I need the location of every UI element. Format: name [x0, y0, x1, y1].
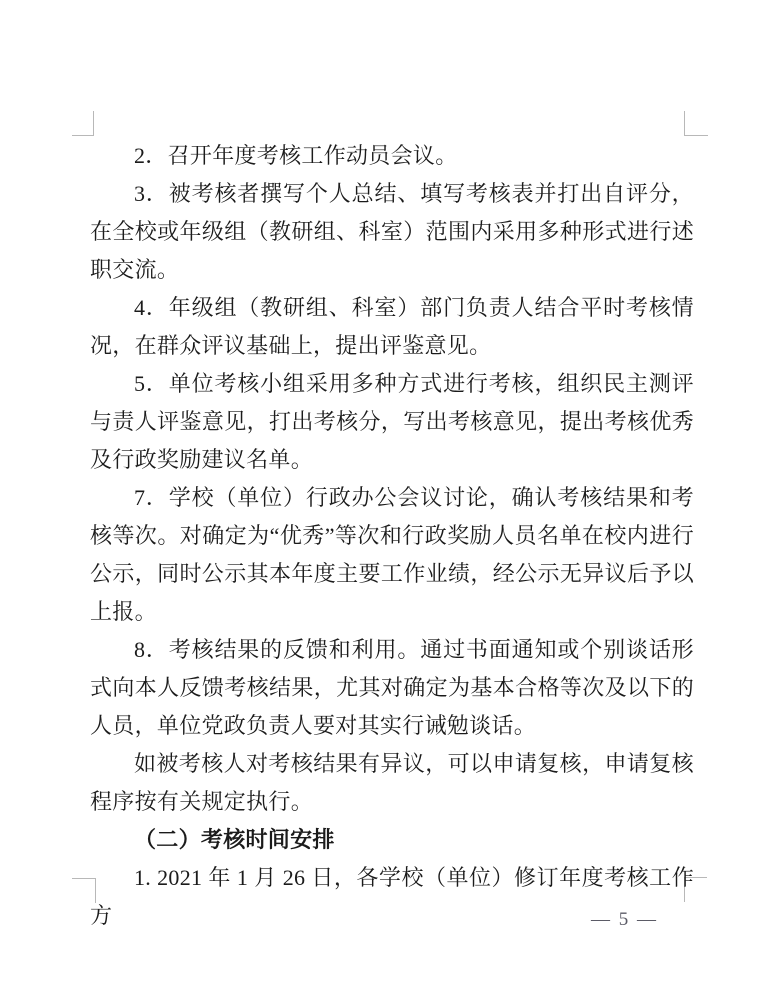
paragraph: 如被考核人对考核结果有异议，可以申请复核，申请复核程序按有关规定执行。 — [90, 745, 694, 821]
section-heading: （二）考核时间安排 — [90, 821, 694, 859]
paragraph: 7．学校（单位）行政办公会议讨论，确认考核结果和考核等次。对确定为“优秀”等次和… — [90, 479, 694, 631]
crop-mark-top-left — [72, 111, 94, 136]
document-page: 2．召开年度考核工作动员会议。3．被考核者撰写个人总结、填写考核表并打出自评分，… — [0, 0, 780, 1004]
crop-mark-top-right — [684, 111, 708, 136]
page-number: — 5 — — [591, 908, 658, 932]
paragraph: 5．单位考核小组采用多种方式进行考核，组织民主测评与责人评鉴意见，打出考核分，写… — [90, 365, 694, 479]
paragraph: 4．年级组（教研组、科室）部门负责人结合平时考核情况，在群众评议基础上，提出评鉴… — [90, 289, 694, 365]
document-body: 2．召开年度考核工作动员会议。3．被考核者撰写个人总结、填写考核表并打出自评分，… — [90, 137, 694, 935]
paragraph: 3．被考核者撰写个人总结、填写考核表并打出自评分，在全校或年级组（教研组、科室）… — [90, 175, 694, 289]
paragraph: 2．召开年度考核工作动员会议。 — [90, 137, 694, 175]
paragraph: 8．考核结果的反馈和利用。通过书面通知或个别谈话形式向本人反馈考核结果，尤其对确… — [90, 631, 694, 745]
